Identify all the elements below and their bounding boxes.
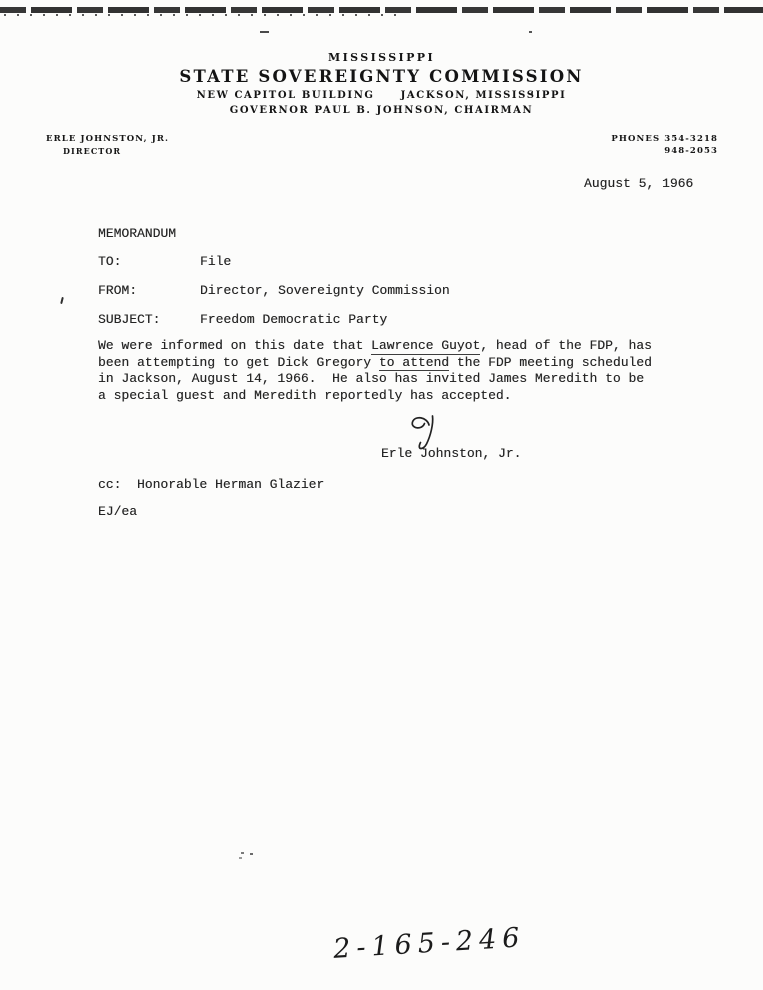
letterhead-organization: STATE SOVEREIGNTY COMMISSION (0, 67, 763, 86)
memo-field-from-label: FROM: (98, 283, 200, 298)
handwritten-file-number: 2-165-246 (332, 922, 526, 965)
memo-field-subject-value: Freedom Democratic Party (200, 312, 387, 327)
typist-initials: EJ/ea (98, 504, 137, 519)
phones-line-2: 948-2053 (611, 146, 718, 158)
scan-artifact (529, 31, 532, 33)
memo-field-from: FROM:Director, Sovereignty Commission (98, 283, 450, 298)
director-title: DIRECTOR (63, 146, 169, 156)
director-name: ERLE JOHNSTON, JR. (46, 134, 169, 144)
underlined-name: Lawrence Guyot (371, 338, 480, 355)
letterhead: MISSISSIPPI STATE SOVEREIGNTY COMMISSION… (0, 51, 763, 116)
letterhead-city: JACKSON, MISSISSIPPI (401, 90, 567, 101)
letterhead-chairman: GOVERNOR PAUL B. JOHNSON, CHAIRMAN (0, 105, 763, 116)
phones-block: PHONES 354-3218 948-2053 (611, 134, 718, 157)
memo-document: MISSISSIPPI STATE SOVEREIGNTY COMMISSION… (0, 0, 763, 990)
memo-heading: MEMORANDUM (98, 226, 176, 241)
phones-line-1: PHONES 354-3218 (611, 134, 718, 146)
director-block: ERLE JOHNSTON, JR. DIRECTOR (46, 134, 169, 156)
body-text-segment: We were informed on this date that (98, 338, 371, 353)
date: August 5, 1966 (584, 176, 693, 191)
memo-field-to: TO:File (98, 254, 231, 269)
memo-field-from-value: Director, Sovereignty Commission (200, 283, 450, 298)
letterhead-address: NEW CAPITOL BUILDINGJACKSON, MISSISSIPPI (0, 90, 763, 101)
underlined-phrase: to attend (379, 355, 449, 372)
memo-field-subject-label: SUBJECT: (98, 312, 200, 327)
memo-field-subject: SUBJECT:Freedom Democratic Party (98, 312, 387, 327)
scan-artifact (260, 31, 269, 33)
scan-edge-dots-artifact (4, 14, 401, 16)
letterhead-state: MISSISSIPPI (0, 51, 763, 64)
memo-field-to-label: TO: (98, 254, 200, 269)
letterhead-building: NEW CAPITOL BUILDING (197, 90, 375, 101)
margin-pen-mark (60, 297, 64, 304)
scan-edge-artifact (0, 7, 763, 13)
scan-artifact (241, 852, 244, 854)
memo-body: We were informed on this date that Lawre… (98, 338, 678, 404)
cc-line: cc: Honorable Herman Glazier (98, 477, 324, 492)
memo-field-to-value: File (200, 254, 231, 269)
signature-typed-name: Erle Johnston, Jr. (381, 446, 521, 461)
